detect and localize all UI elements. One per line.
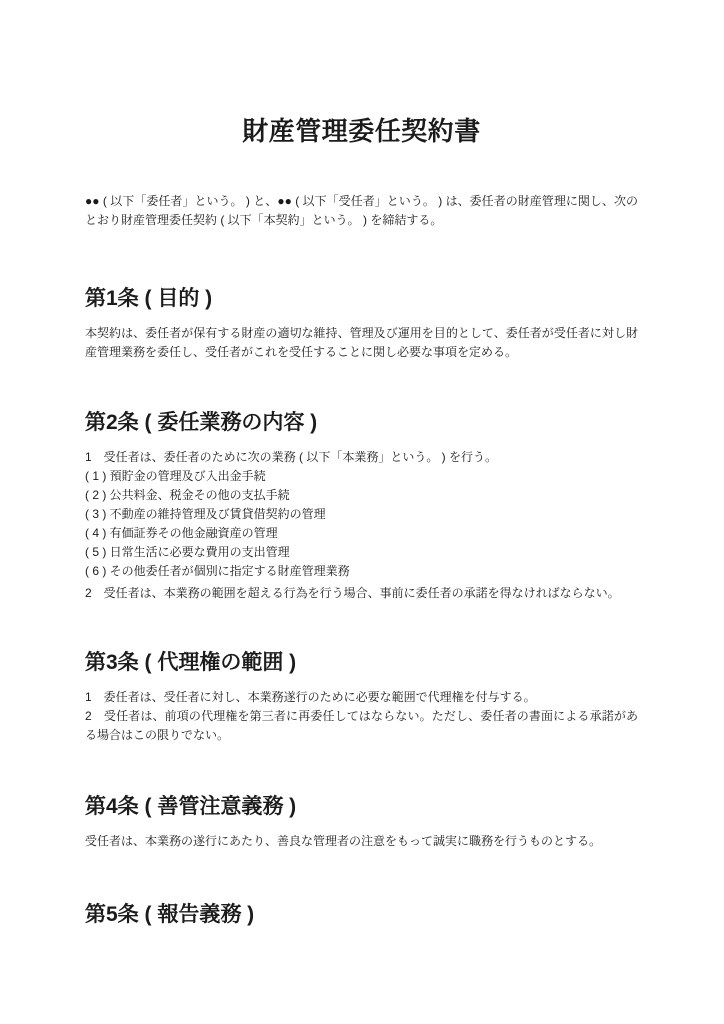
article-5-heading: 第5条 ( 報告義務 ) bbox=[85, 900, 638, 929]
list-item-5: ( 5 ) 日常生活に必要な費用の支出管理 bbox=[85, 543, 638, 562]
article-2-heading: 第2条 ( 委任業務の内容 ) bbox=[85, 408, 638, 437]
list-item-3: ( 3 ) 不動産の維持管理及び賃貸借契約の管理 bbox=[85, 505, 638, 524]
article-1-heading: 第1条 ( 目的 ) bbox=[85, 284, 638, 313]
article-1: 第1条 ( 目的 ) 本契約は、委任者が保有する財産の適切な維持、管理及び運用を… bbox=[85, 284, 638, 362]
list-item-1: ( 1 ) 預貯金の管理及び入出金手続 bbox=[85, 467, 638, 486]
article-3-clause-1: 1 委任者は、受任者に対し、本業務遂行のために必要な範囲で代理権を付与する。 bbox=[85, 688, 638, 707]
intro-paragraph: ●● ( 以下「委任者」という。 ) と、●● ( 以下「受任者」という。 ) … bbox=[85, 192, 638, 230]
article-3-heading: 第3条 ( 代理権の範囲 ) bbox=[85, 648, 638, 677]
article-2-item-list: ( 1 ) 預貯金の管理及び入出金手続 ( 2 ) 公共料金、税金その他の支払手… bbox=[85, 467, 638, 581]
article-2-clause-2: 2 受任者は、本業務の範囲を超える行為を行う場合、事前に委任者の承諾を得なければ… bbox=[85, 584, 638, 603]
list-item-6: ( 6 ) その他委任者が個別に指定する財産管理業務 bbox=[85, 562, 638, 581]
list-item-2: ( 2 ) 公共料金、税金その他の支払手続 bbox=[85, 486, 638, 505]
list-item-4: ( 4 ) 有価証券その他金融資産の管理 bbox=[85, 524, 638, 543]
article-3: 第3条 ( 代理権の範囲 ) 1 委任者は、受任者に対し、本業務遂行のために必要… bbox=[85, 648, 638, 745]
document-title: 財産管理委任契約書 bbox=[85, 113, 638, 149]
article-4-body: 受任者は、本業務の遂行にあたり、善良な管理者の注意をもって誠実に職務を行うものと… bbox=[85, 832, 638, 851]
contract-document-page: 財産管理委任契約書 ●● ( 以下「委任者」という。 ) と、●● ( 以下「受… bbox=[0, 0, 724, 1024]
article-4-heading: 第4条 ( 善管注意義務 ) bbox=[85, 792, 638, 821]
article-4: 第4条 ( 善管注意義務 ) 受任者は、本業務の遂行にあたり、善良な管理者の注意… bbox=[85, 792, 638, 851]
article-2-clause-1: 1 受任者は、委任者のために次の業務 ( 以下「本業務」という。 ) を行う。 bbox=[85, 448, 638, 467]
article-5: 第5条 ( 報告義務 ) bbox=[85, 900, 638, 929]
article-2: 第2条 ( 委任業務の内容 ) 1 受任者は、委任者のために次の業務 ( 以下「… bbox=[85, 408, 638, 603]
article-3-clause-2: 2 受任者は、前項の代理権を第三者に再委任してはならない。ただし、委任者の書面に… bbox=[85, 707, 638, 745]
article-1-body: 本契約は、委任者が保有する財産の適切な維持、管理及び運用を目的として、委任者が受… bbox=[85, 324, 638, 362]
